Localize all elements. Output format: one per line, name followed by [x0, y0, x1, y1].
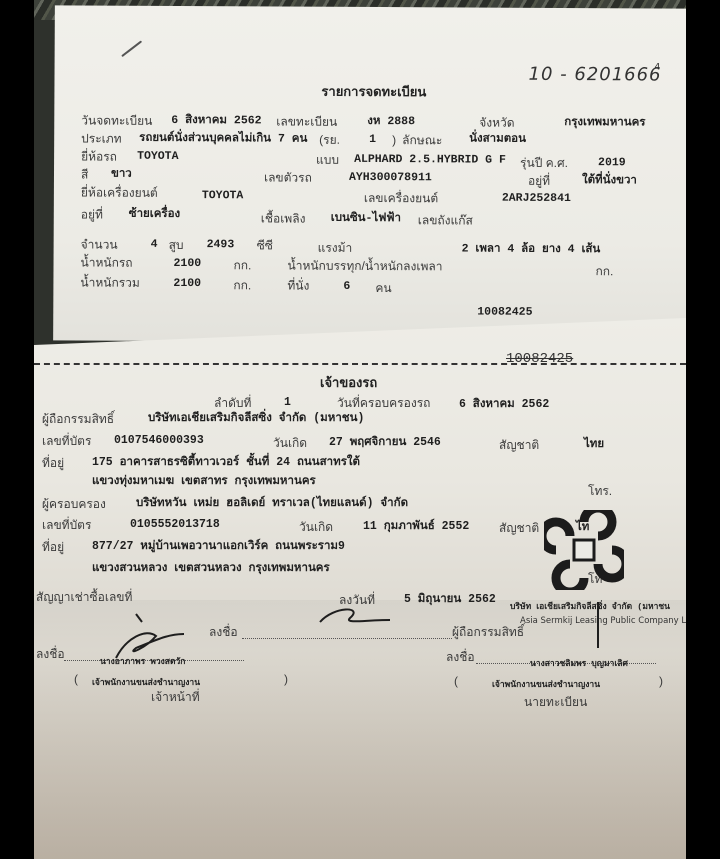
vehicle-type: รถยนต์นั่งส่วนบุคคลไม่เกิน 7 คน — [139, 132, 307, 147]
year-label: รุ่นปี ค.ศ. — [520, 156, 568, 170]
owner-address-line1: 175 อาคารสาธรซิตี้ทาวเวอร์ ชั้นที่ 24 ถน… — [92, 456, 360, 470]
chassis-number: AYH300078911 — [349, 171, 432, 185]
owner-sign-label: ลงชื่อ — [209, 625, 238, 639]
province-label: จังหวัด — [479, 116, 514, 130]
model-label: แบบ — [316, 153, 339, 167]
color: ขาว — [111, 168, 132, 182]
horsepower-label: แรงม้า — [318, 241, 353, 255]
owner-id: 0107546000393 — [114, 434, 204, 448]
owner-phone-label: โทร. — [588, 484, 612, 498]
engine-brand-label: ยี่ห้อเครื่องยนต์ — [81, 185, 158, 199]
model: ALPHARD 2.5.HYBRID G F — [354, 153, 506, 168]
style-label: ลักษณะ — [402, 133, 442, 147]
vehicle-style: นั่งสามตอน — [469, 132, 526, 146]
axles: 2 เพลา 4 ล้อ ยาง 4 เส้น — [462, 242, 601, 257]
type-code-suffix: ) — [392, 133, 396, 147]
possessor-label: ผู้ครอบครอง — [42, 497, 106, 511]
gross-weight-label: น้ำหนักรวม — [80, 275, 139, 289]
registrar-name: นางสาวชลิมพร บุญมาเลิศ — [530, 657, 628, 671]
company-logo-icon — [544, 510, 624, 590]
possessor-birth: 11 กุมภาพันธ์ 2552 — [363, 520, 469, 534]
officer-position: เจ้าพนักงานขนส่งชำนาญงาน — [92, 676, 200, 690]
document-title: รายการจดทะเบียน — [321, 85, 426, 100]
stamped-serial: 10082425 — [506, 352, 573, 366]
engine-cc: 2493 — [207, 238, 235, 252]
registrar-title: นายทะเบียน — [524, 695, 587, 709]
possessor-id: 0105552013718 — [130, 518, 220, 532]
gas-tank-label: เลขถังแก๊ส — [418, 213, 473, 227]
owner-nationality-label: สัญชาติ — [499, 438, 539, 452]
brand-label: ยี่ห้อรถ — [81, 149, 117, 163]
gross-weight-unit: กก. — [233, 278, 251, 292]
paren-open-2: ( — [454, 674, 458, 688]
possessor-nationality-label: สัญชาติ — [499, 521, 539, 535]
owner-address-label: ที่อยู่ — [42, 456, 64, 470]
divider-line — [34, 363, 686, 365]
type-code: 1 — [369, 133, 376, 147]
corner-mark: 4 — [655, 60, 661, 74]
order-number: 1 — [284, 396, 291, 410]
cylinders: 4 — [151, 238, 158, 252]
engine-location-label: อยู่ที่ — [81, 207, 103, 221]
photo-frame: รายการจดทะเบียน 10 - 6201666 4 วันจดทะเบ… — [34, 0, 686, 859]
plate-label: เลขทะเบียน — [276, 114, 337, 128]
brand: TOYOTA — [137, 150, 178, 164]
possessor-name: บริษัทหวัน เหม่ย ฮอลิเดย์ ทราเวล(ไทยแลนด… — [136, 497, 408, 511]
owner-sign-line — [242, 626, 452, 639]
fuel-label: เชื้อเพลิง — [261, 211, 306, 225]
reg-date-label: วันจดทะเบียน — [81, 113, 152, 127]
possessor-id-label: เลขที่บัตร — [42, 518, 91, 532]
possessor-address-line1: 877/27 หมู่บ้านเพอวานาแอกเวิร์ค ถนนพระรา… — [92, 540, 345, 554]
load-label: น้ำหนักบรรทุก/น้ำหนักลงเพลา — [287, 259, 442, 274]
possessor-address-label: ที่อยู่ — [42, 540, 64, 554]
registrar-sign-label: ลงชื่อ — [446, 650, 475, 664]
load-unit: กก. — [595, 264, 613, 278]
weight-label: น้ำหนักรถ — [80, 255, 132, 269]
officer-name: นางอาภาพร พวงสดวัก — [100, 655, 185, 669]
paren-close: ) — [284, 672, 288, 686]
company-name-thai: บริษัท เอเชียเสริมกิจลีสซิ่ง จำกัด (มหาช… — [510, 600, 670, 614]
owner-birth-label: วันเกิด — [273, 436, 307, 450]
chassis-label: เลขตัวรถ — [264, 170, 312, 184]
officer-sign-label: ลงชื่อ — [36, 647, 65, 661]
cylinder-unit: สูบ — [169, 238, 184, 252]
weight-unit: กก. — [233, 258, 251, 272]
reg-date: 6 สิงหาคม 2562 — [171, 114, 261, 128]
seats-label: ที่นั่ง — [287, 279, 309, 293]
registrar-position: เจ้าพนักงานขนส่งชำนาญงาน — [492, 678, 600, 692]
type-label: ประเภท — [81, 131, 122, 145]
serial-number: 10082425 — [477, 306, 532, 320]
engine-number: 2ARJ252841 — [502, 192, 571, 206]
pen-mark-icon — [119, 36, 149, 60]
paren-open: ( — [74, 672, 78, 686]
vehicle-weight: 2100 — [173, 257, 201, 271]
registration-page: รายการจดทะเบียน 10 - 6201666 4 วันจดทะเบ… — [53, 5, 686, 343]
contract-date: 5 มิถุนายน 2562 — [404, 593, 496, 607]
possessor-birth-label: วันเกิด — [299, 520, 333, 534]
chassis-location: ใต้ที่นั่งขวา — [582, 174, 637, 188]
owner-id-label: เลขที่บัตร — [42, 434, 91, 448]
owner-birth: 27 พฤศจิกายน 2546 — [329, 436, 441, 450]
engine-location: ซ้ายเครื่อง — [129, 208, 180, 222]
paren-close-2: ) — [659, 674, 663, 688]
count-label: จำนวน — [81, 237, 118, 251]
engine-number-label: เลขเครื่องยนต์ — [364, 191, 438, 205]
possessor-address-line2: แขวงสวนหลวง เขตสวนหลวง กรุงเทพมหานคร — [92, 562, 330, 576]
seats: 6 — [343, 280, 350, 294]
handwritten-number: 10 - 6201666 — [528, 68, 661, 83]
officer-title: เจ้าหน้าที่ — [151, 690, 200, 704]
possession-date-label: วันที่ครอบครองรถ — [337, 396, 430, 410]
owner-nationality: ไทย — [584, 438, 604, 452]
fuel-type: เบนซิน-ไฟฟ้า — [331, 212, 401, 226]
seats-unit: คน — [375, 281, 391, 295]
order-label: ลำดับที่ — [214, 396, 251, 410]
owner-label: ผู้ถือกรรมสิทธิ์ — [42, 412, 114, 426]
plate-number: งห 2888 — [367, 115, 415, 129]
owner-section-title: เจ้าของรถ — [320, 376, 377, 390]
chassis-location-label: อยู่ที่ — [528, 174, 550, 188]
cc-unit: ซีซี — [257, 238, 273, 252]
type-code-prefix: (รย. — [319, 133, 340, 147]
contract-label: สัญญาเช่าซื้อเลขที่ — [36, 590, 132, 604]
owner-name: บริษัทเอเชียเสริมกิจลีสซิ่ง จำกัด (มหาชน… — [148, 412, 364, 426]
gross-weight: 2100 — [173, 277, 201, 291]
color-label: สี — [81, 167, 88, 181]
stamp-stroke-icon — [592, 600, 604, 650]
province: กรุงเทพมหานคร — [564, 116, 645, 130]
possession-date: 6 สิงหาคม 2562 — [459, 398, 549, 412]
engine-brand: TOYOTA — [202, 189, 243, 203]
owner-address-line2: แขวงทุ่งมหาเมฆ เขตสาทร กรุงเทพมหานคร — [92, 475, 316, 489]
owner-role-label: ผู้ถือกรรมสิทธิ์ — [452, 625, 524, 639]
model-year: 2019 — [598, 156, 626, 170]
